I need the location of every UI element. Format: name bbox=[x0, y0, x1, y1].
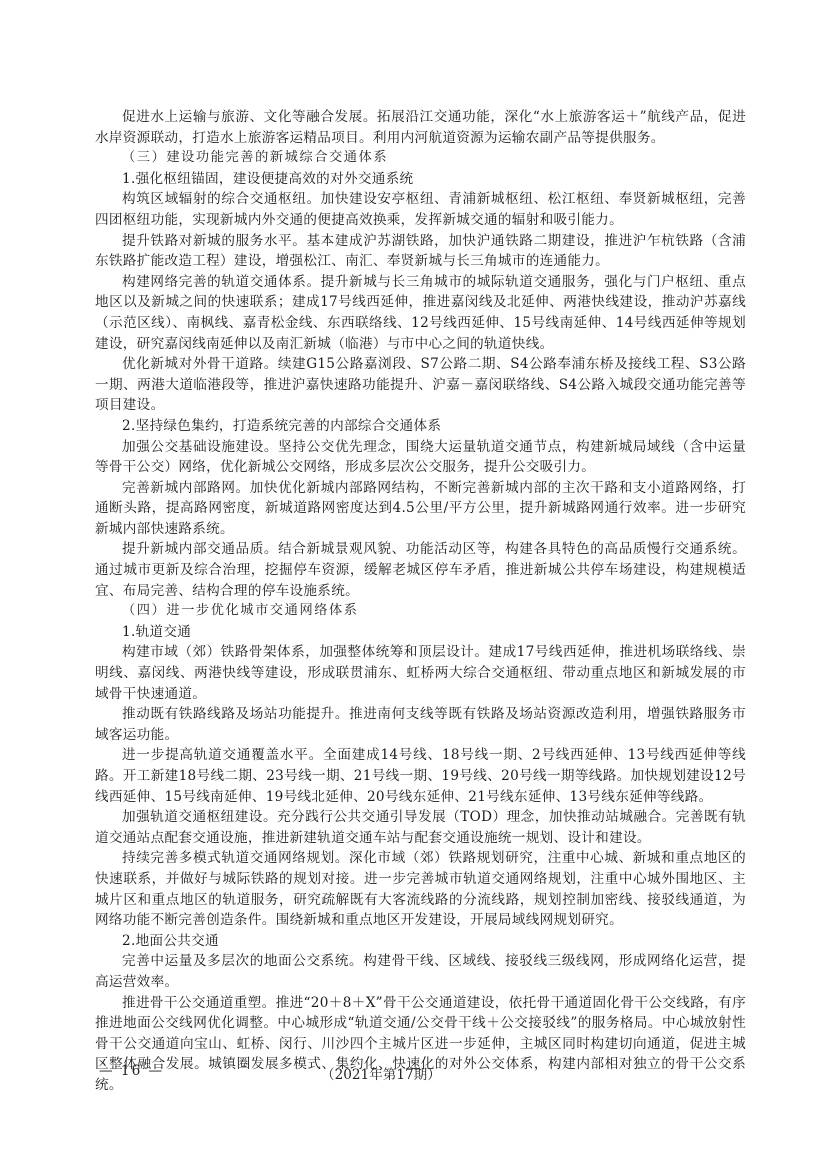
paragraph: 提升铁路对新城的服务水平。基本建成沪苏湖铁路，加快沪通铁路二期建设，推进沪乍杭铁… bbox=[95, 231, 746, 272]
paragraph: 提升新城内部交通品质。结合新城景观风貌、功能活动区等，构建各具特色的高品质慢行交… bbox=[95, 539, 746, 601]
page-footer: — 16 — （2021年第17期） bbox=[95, 1063, 746, 1083]
section-heading: （四）进一步优化城市交通网络体系 bbox=[95, 601, 746, 622]
paragraph: 促进水上运输与旅游、文化等融合发展。拓展沿江交通功能，深化“水上旅游客运＋”航线… bbox=[95, 107, 746, 148]
paragraph: 构筑区域辐射的综合交通枢纽。加快建设安亭枢纽、青浦新城枢纽、松江枢纽、奉贤新城枢… bbox=[95, 189, 746, 230]
paragraph: 持续完善多模式轨道交通网络规划。深化市域（郊）铁路规划研究，注重中心城、新城和重… bbox=[95, 848, 746, 930]
document-body: 促进水上运输与旅游、文化等融合发展。拓展沿江交通功能，深化“水上旅游客运＋”航线… bbox=[95, 107, 746, 1096]
subsection-heading: 1.轨道交通 bbox=[95, 622, 746, 643]
paragraph: 优化新城对外骨干道路。续建G15公路嘉浏段、S7公路二期、S4公路奉浦东桥及接线… bbox=[95, 354, 746, 416]
paragraph: 完善新城内部路网。加快优化新城内部路网结构，不断完善新城内部的主次干路和支小道路… bbox=[95, 478, 746, 540]
paragraph: 构建网络完善的轨道交通体系。提升新城与长三角城市的城际轨道交通服务，强化与门户枢… bbox=[95, 272, 746, 354]
paragraph: 加强轨道交通枢纽建设。充分践行公共交通引导发展（TOD）理念，加快推动站城融合。… bbox=[95, 807, 746, 848]
paragraph: 完善中运量及多层次的地面公交系统。构建骨干线、区域线、接驳线三级线网，形成网络化… bbox=[95, 951, 746, 992]
issue-label: （2021年第17期） bbox=[321, 1063, 441, 1083]
subsection-heading: 2.地面公共交通 bbox=[95, 931, 746, 952]
paragraph: 加强公交基础设施建设。坚持公交优先理念，围绕大运量轨道交通节点，构建新城局域线（… bbox=[95, 437, 746, 478]
page-number: — 16 — bbox=[99, 1063, 164, 1079]
subsection-heading: 2.坚持绿色集约，打造系统完善的内部综合交通体系 bbox=[95, 416, 746, 437]
subsection-heading: 1.强化枢纽锚固，建设便捷高效的对外交通系统 bbox=[95, 169, 746, 190]
paragraph: 进一步提高轨道交通覆盖水平。全面建成14号线、18号线一期、2号线西延伸、13号… bbox=[95, 745, 746, 807]
paragraph: 构建市域（郊）铁路骨架体系，加强整体统筹和顶层设计。建成17号线西延伸，推进机场… bbox=[95, 642, 746, 704]
paragraph: 推动既有铁路线路及场站功能提升。推进南何支线等既有铁路及场站资源改造利用，增强铁… bbox=[95, 704, 746, 745]
section-heading: （三）建设功能完善的新城综合交通体系 bbox=[95, 148, 746, 169]
